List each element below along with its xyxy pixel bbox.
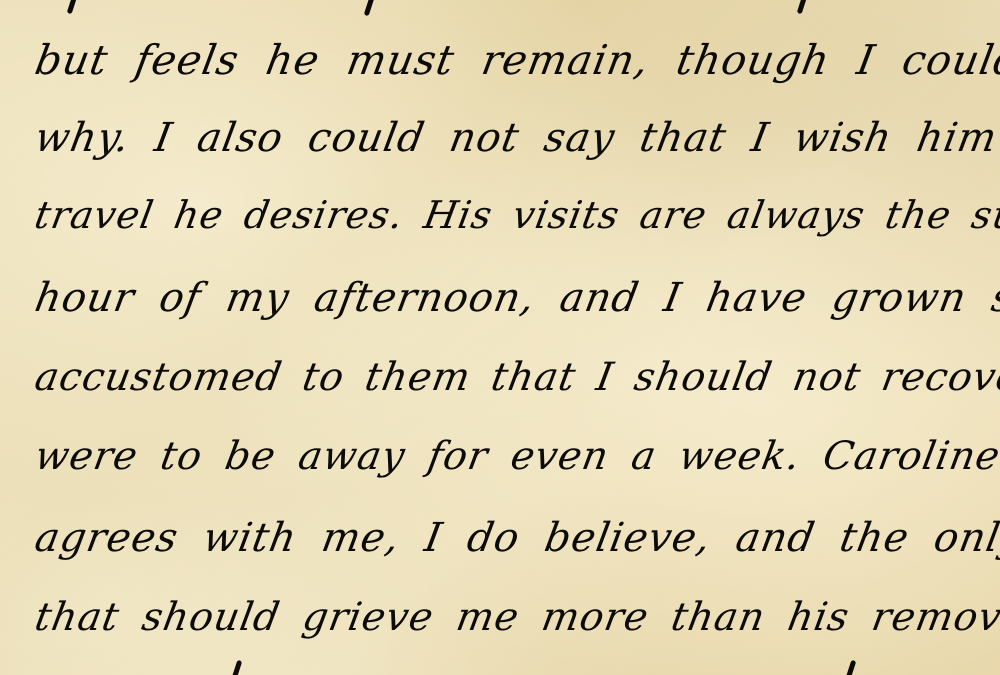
letter-line-2: why. I also could not say that I wish hi… xyxy=(32,118,1000,158)
letter-line-5: accustomed to them that I should not rec… xyxy=(32,358,1000,397)
letter-line-3: travel he desires. His visits are always… xyxy=(32,196,1000,234)
cropped-descender-bottom-2 xyxy=(845,660,857,675)
cropped-descender-top-3 xyxy=(797,0,809,14)
letter-line-4: hour of my afternoon, and I have grown s… xyxy=(32,278,1000,318)
parchment-page: but feels he must remain, though I could… xyxy=(0,0,1000,675)
cropped-descender-top-2 xyxy=(364,0,376,16)
letter-line-8: that should grieve me more than his remo… xyxy=(32,598,1000,637)
letter-line-1: but feels he must remain, though I could… xyxy=(32,40,1000,81)
letter-line-6: were to be away for even a week. Carolin… xyxy=(32,437,1000,476)
letter-line-7: agrees with me, I do believe, and the on… xyxy=(32,518,1000,558)
cropped-descender-bottom-1 xyxy=(231,660,243,675)
cropped-descender-top-1 xyxy=(67,0,79,14)
